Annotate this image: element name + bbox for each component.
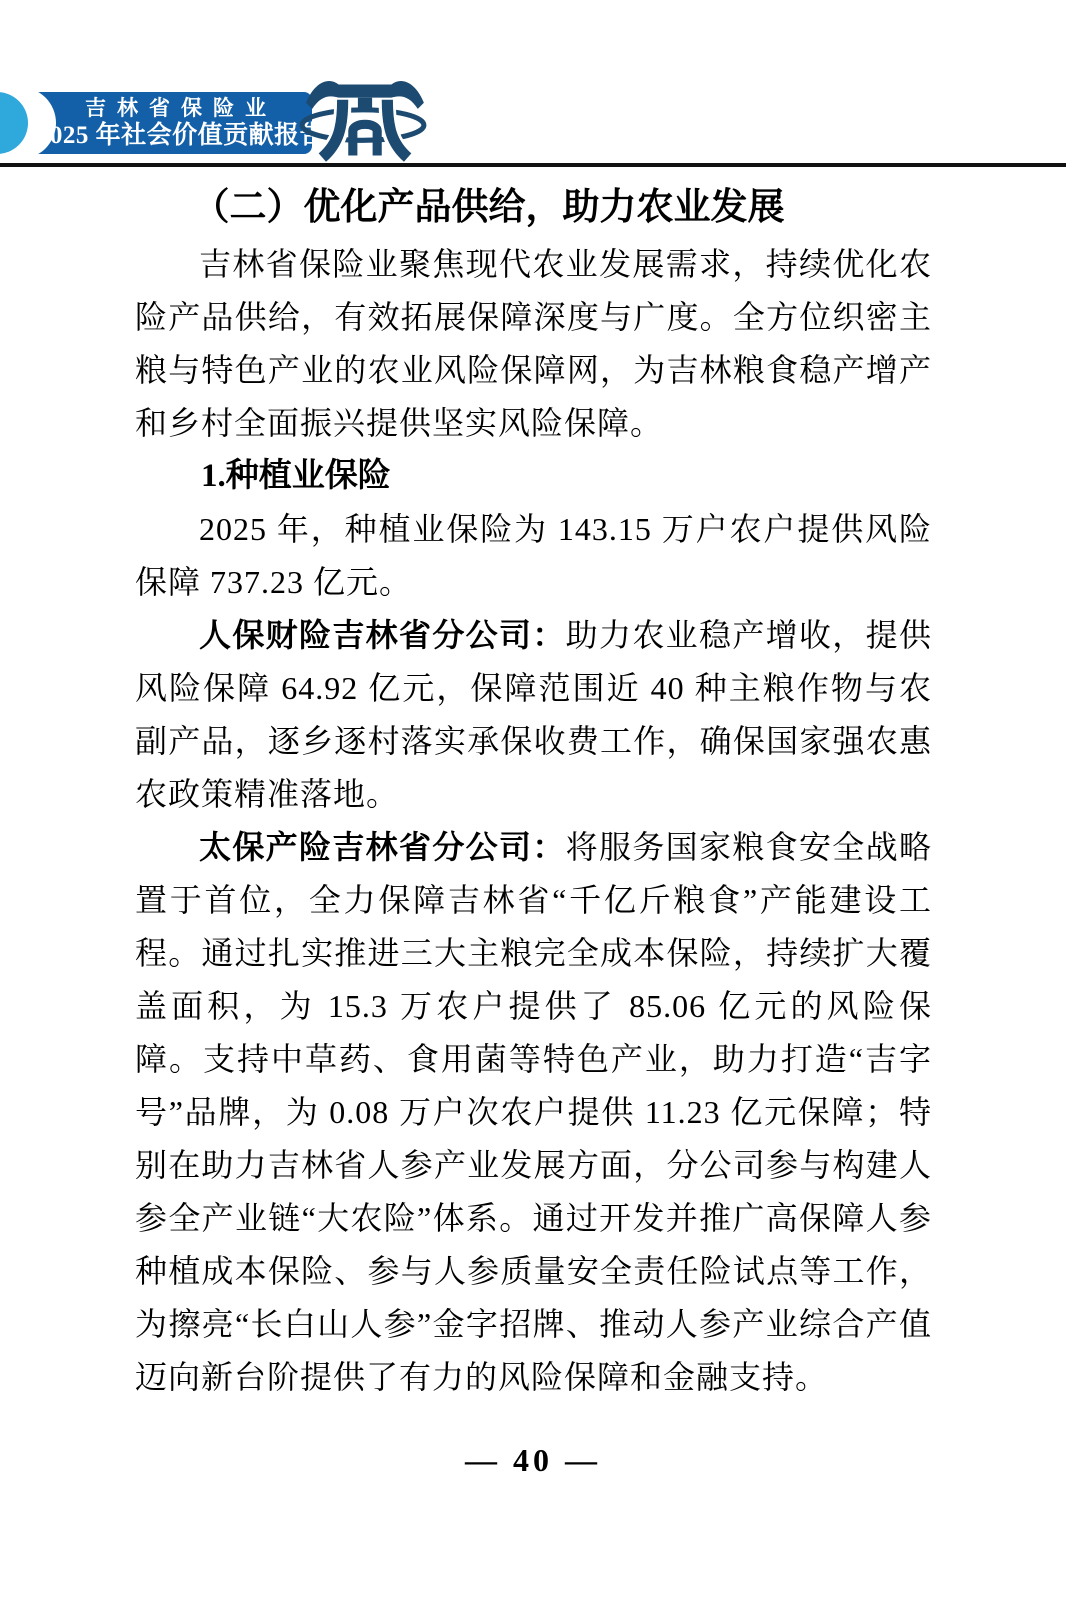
banner-title-line1: 吉林省保险业 xyxy=(85,95,277,121)
report-page: 吉林省保险业 2025 年社会价值贡献报告 （二）优化产品供给，助力农业发展 吉… xyxy=(0,0,1066,1600)
gateway-logo-icon xyxy=(298,74,432,164)
subheading-planting-insurance: 1.种植业保险 xyxy=(135,450,932,503)
banner-title: 吉林省保险业 2025 年社会价值贡献报告 xyxy=(20,92,312,154)
paragraph-cpic: 太保产险吉林省分公司：将服务国家粮食安全战略置于首位，全力保障吉林省“千亿斤粮食… xyxy=(135,821,932,1404)
document-body: （二）优化产品供给，助力农业发展 吉林省保险业聚焦现代农业发展需求，持续优化农险… xyxy=(135,178,932,1404)
paragraph-picc-lead: 人保财险吉林省分公司： xyxy=(199,617,566,653)
page-number: — 40 — xyxy=(0,1442,1066,1479)
section-title: （二）优化产品供给，助力农业发展 xyxy=(135,178,932,238)
header-divider xyxy=(0,163,1066,167)
banner-title-line2: 2025 年社会价值贡献报告 xyxy=(37,121,325,151)
paragraph-intro: 吉林省保险业聚焦现代农业发展需求，持续优化农险产品供给，有效拓展保障深度与广度。… xyxy=(135,238,932,450)
paragraph-cpic-lead: 太保产险吉林省分公司： xyxy=(199,829,566,865)
paragraph-cpic-text: 将服务国家粮食安全战略置于首位，全力保障吉林省“千亿斤粮食”产能建设工程。通过扎… xyxy=(135,829,932,1395)
paragraph-planting-stats: 2025 年，种植业保险为 143.15 万户农户提供风险保障 737.23 亿… xyxy=(135,503,932,609)
paragraph-picc: 人保财险吉林省分公司：助力农业稳产增收，提供风险保障 64.92 亿元，保障范围… xyxy=(135,609,932,821)
